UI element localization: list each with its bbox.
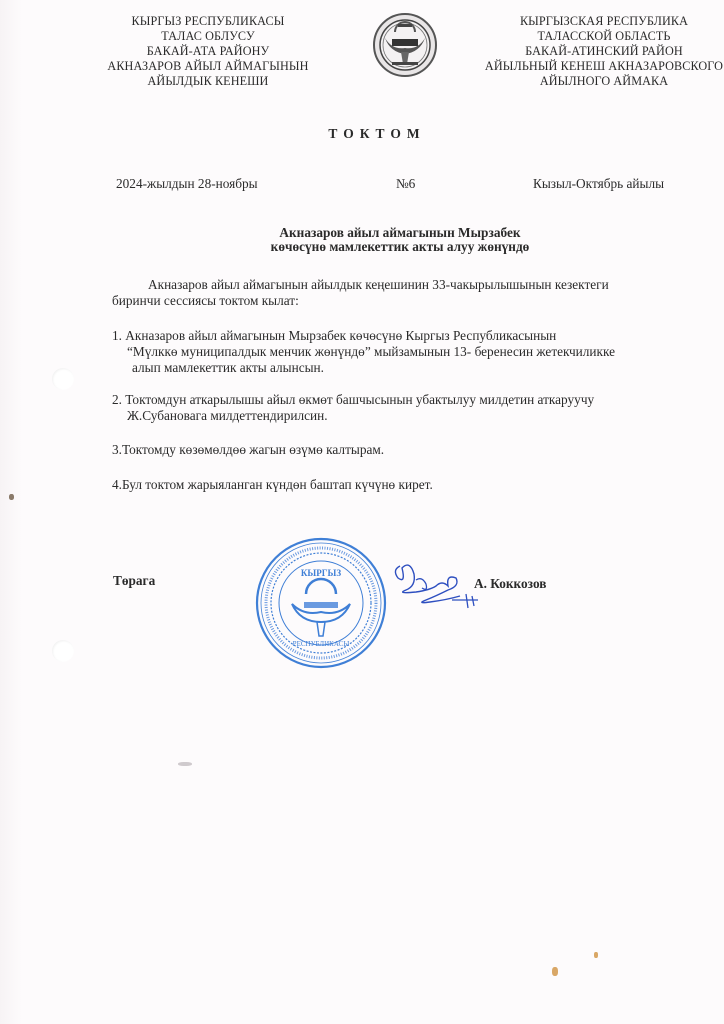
punch-hole xyxy=(52,368,74,390)
intro-line: Акназаров айыл аймагынын айылдык кеңешин… xyxy=(112,277,609,293)
document-number: №6 xyxy=(396,176,415,192)
header-right-line: БАКАЙ-АТИНСКИЙ РАЙОН xyxy=(484,44,724,59)
document-page: КЫРГЫЗ РЕСПУБЛИКАСЫ ТАЛАС ОБЛУСУ БАКАЙ-А… xyxy=(0,0,724,1024)
document-subject: Акназаров айыл аймагынын Мырзабек көчөсү… xyxy=(200,226,600,254)
header-left-line: АКНАЗАРОВ АЙЫЛ АЙМАГЫНЫН xyxy=(100,59,316,74)
intro-paragraph: Акназаров айыл аймагынын айылдык кеңешин… xyxy=(112,277,609,309)
item-line: 2. Токтомдун аткарылышы айыл өкмөт башчы… xyxy=(112,392,594,408)
item-line: “Мүлккө муниципалдык менчик жөнүндө” мый… xyxy=(112,344,615,360)
resolution-item-2: 2. Токтомдун аткарылышы айыл өкмөт башчы… xyxy=(112,392,594,424)
signatory-name: А. Коккозов xyxy=(474,576,546,592)
item-line: 3.Токтомду көзөмөлдөө жагын өзүмө калтыр… xyxy=(112,442,384,458)
handwritten-signature-icon xyxy=(386,556,486,616)
signatory-title: Төрага xyxy=(113,573,155,589)
header-right-line: АЙЫЛЬНЫЙ КЕНЕШ АКНАЗАРОВСКОГО xyxy=(484,59,724,74)
header-left-line: БАКАЙ-АТА РАЙОНУ xyxy=(100,44,316,59)
document-title: ТОКТОМ xyxy=(0,126,724,142)
header-right-line: ТАЛАССКОЙ ОБЛАСТЬ xyxy=(484,29,724,44)
paper-speck xyxy=(178,762,192,766)
resolution-item-4: 4.Бул токтом жарыяланган күндөн баштап к… xyxy=(112,477,433,493)
header-left-kyrgyz: КЫРГЫЗ РЕСПУБЛИКАСЫ ТАЛАС ОБЛУСУ БАКАЙ-А… xyxy=(100,14,316,89)
state-emblem-icon xyxy=(372,12,438,78)
document-date: 2024-жылдын 28-ноябры xyxy=(116,176,258,192)
paper-speck xyxy=(9,494,14,500)
paper-speck xyxy=(552,967,558,976)
official-stamp-icon: КЫРГЫЗ РЕСПУБЛИКАСЫ xyxy=(254,536,388,670)
resolution-item-3: 3.Токтомду көзөмөлдөө жагын өзүмө калтыр… xyxy=(112,442,384,458)
header-left-line: ТАЛАС ОБЛУСУ xyxy=(100,29,316,44)
document-place: Кызыл-Октябрь айылы xyxy=(533,176,664,192)
paper-speck xyxy=(594,952,598,958)
subject-line: көчөсүнө мамлекеттик акты алуу жөнүндө xyxy=(200,240,600,254)
header-left-line: КЫРГЫЗ РЕСПУБЛИКАСЫ xyxy=(100,14,316,29)
intro-line: биринчи сессиясы токтом кылат: xyxy=(112,293,609,309)
punch-hole xyxy=(52,640,74,662)
header-left-line: АЙЫЛДЫК КЕНЕШИ xyxy=(100,74,316,89)
subject-line: Акназаров айыл аймагынын Мырзабек xyxy=(200,226,600,240)
header-right-russian: КЫРГЫЗСКАЯ РЕСПУБЛИКА ТАЛАССКОЙ ОБЛАСТЬ … xyxy=(484,14,724,89)
resolution-item-1: 1. Акназаров айыл аймагынын Мырзабек көч… xyxy=(112,328,615,376)
item-line: алып мамлекеттик акты алынсын. xyxy=(112,360,615,376)
svg-text:КЫРГЫЗ: КЫРГЫЗ xyxy=(301,568,341,578)
header-right-line: АЙЫЛНОГО АЙМАКА xyxy=(484,74,724,89)
item-line: 4.Бул токтом жарыяланган күндөн баштап к… xyxy=(112,477,433,493)
header-right-line: КЫРГЫЗСКАЯ РЕСПУБЛИКА xyxy=(484,14,724,29)
item-line: 1. Акназаров айыл аймагынын Мырзабек көч… xyxy=(112,328,615,344)
svg-text:РЕСПУБЛИКАСЫ: РЕСПУБЛИКАСЫ xyxy=(293,640,350,648)
item-line: Ж.Субановага милдеттендирилсин. xyxy=(112,408,594,424)
